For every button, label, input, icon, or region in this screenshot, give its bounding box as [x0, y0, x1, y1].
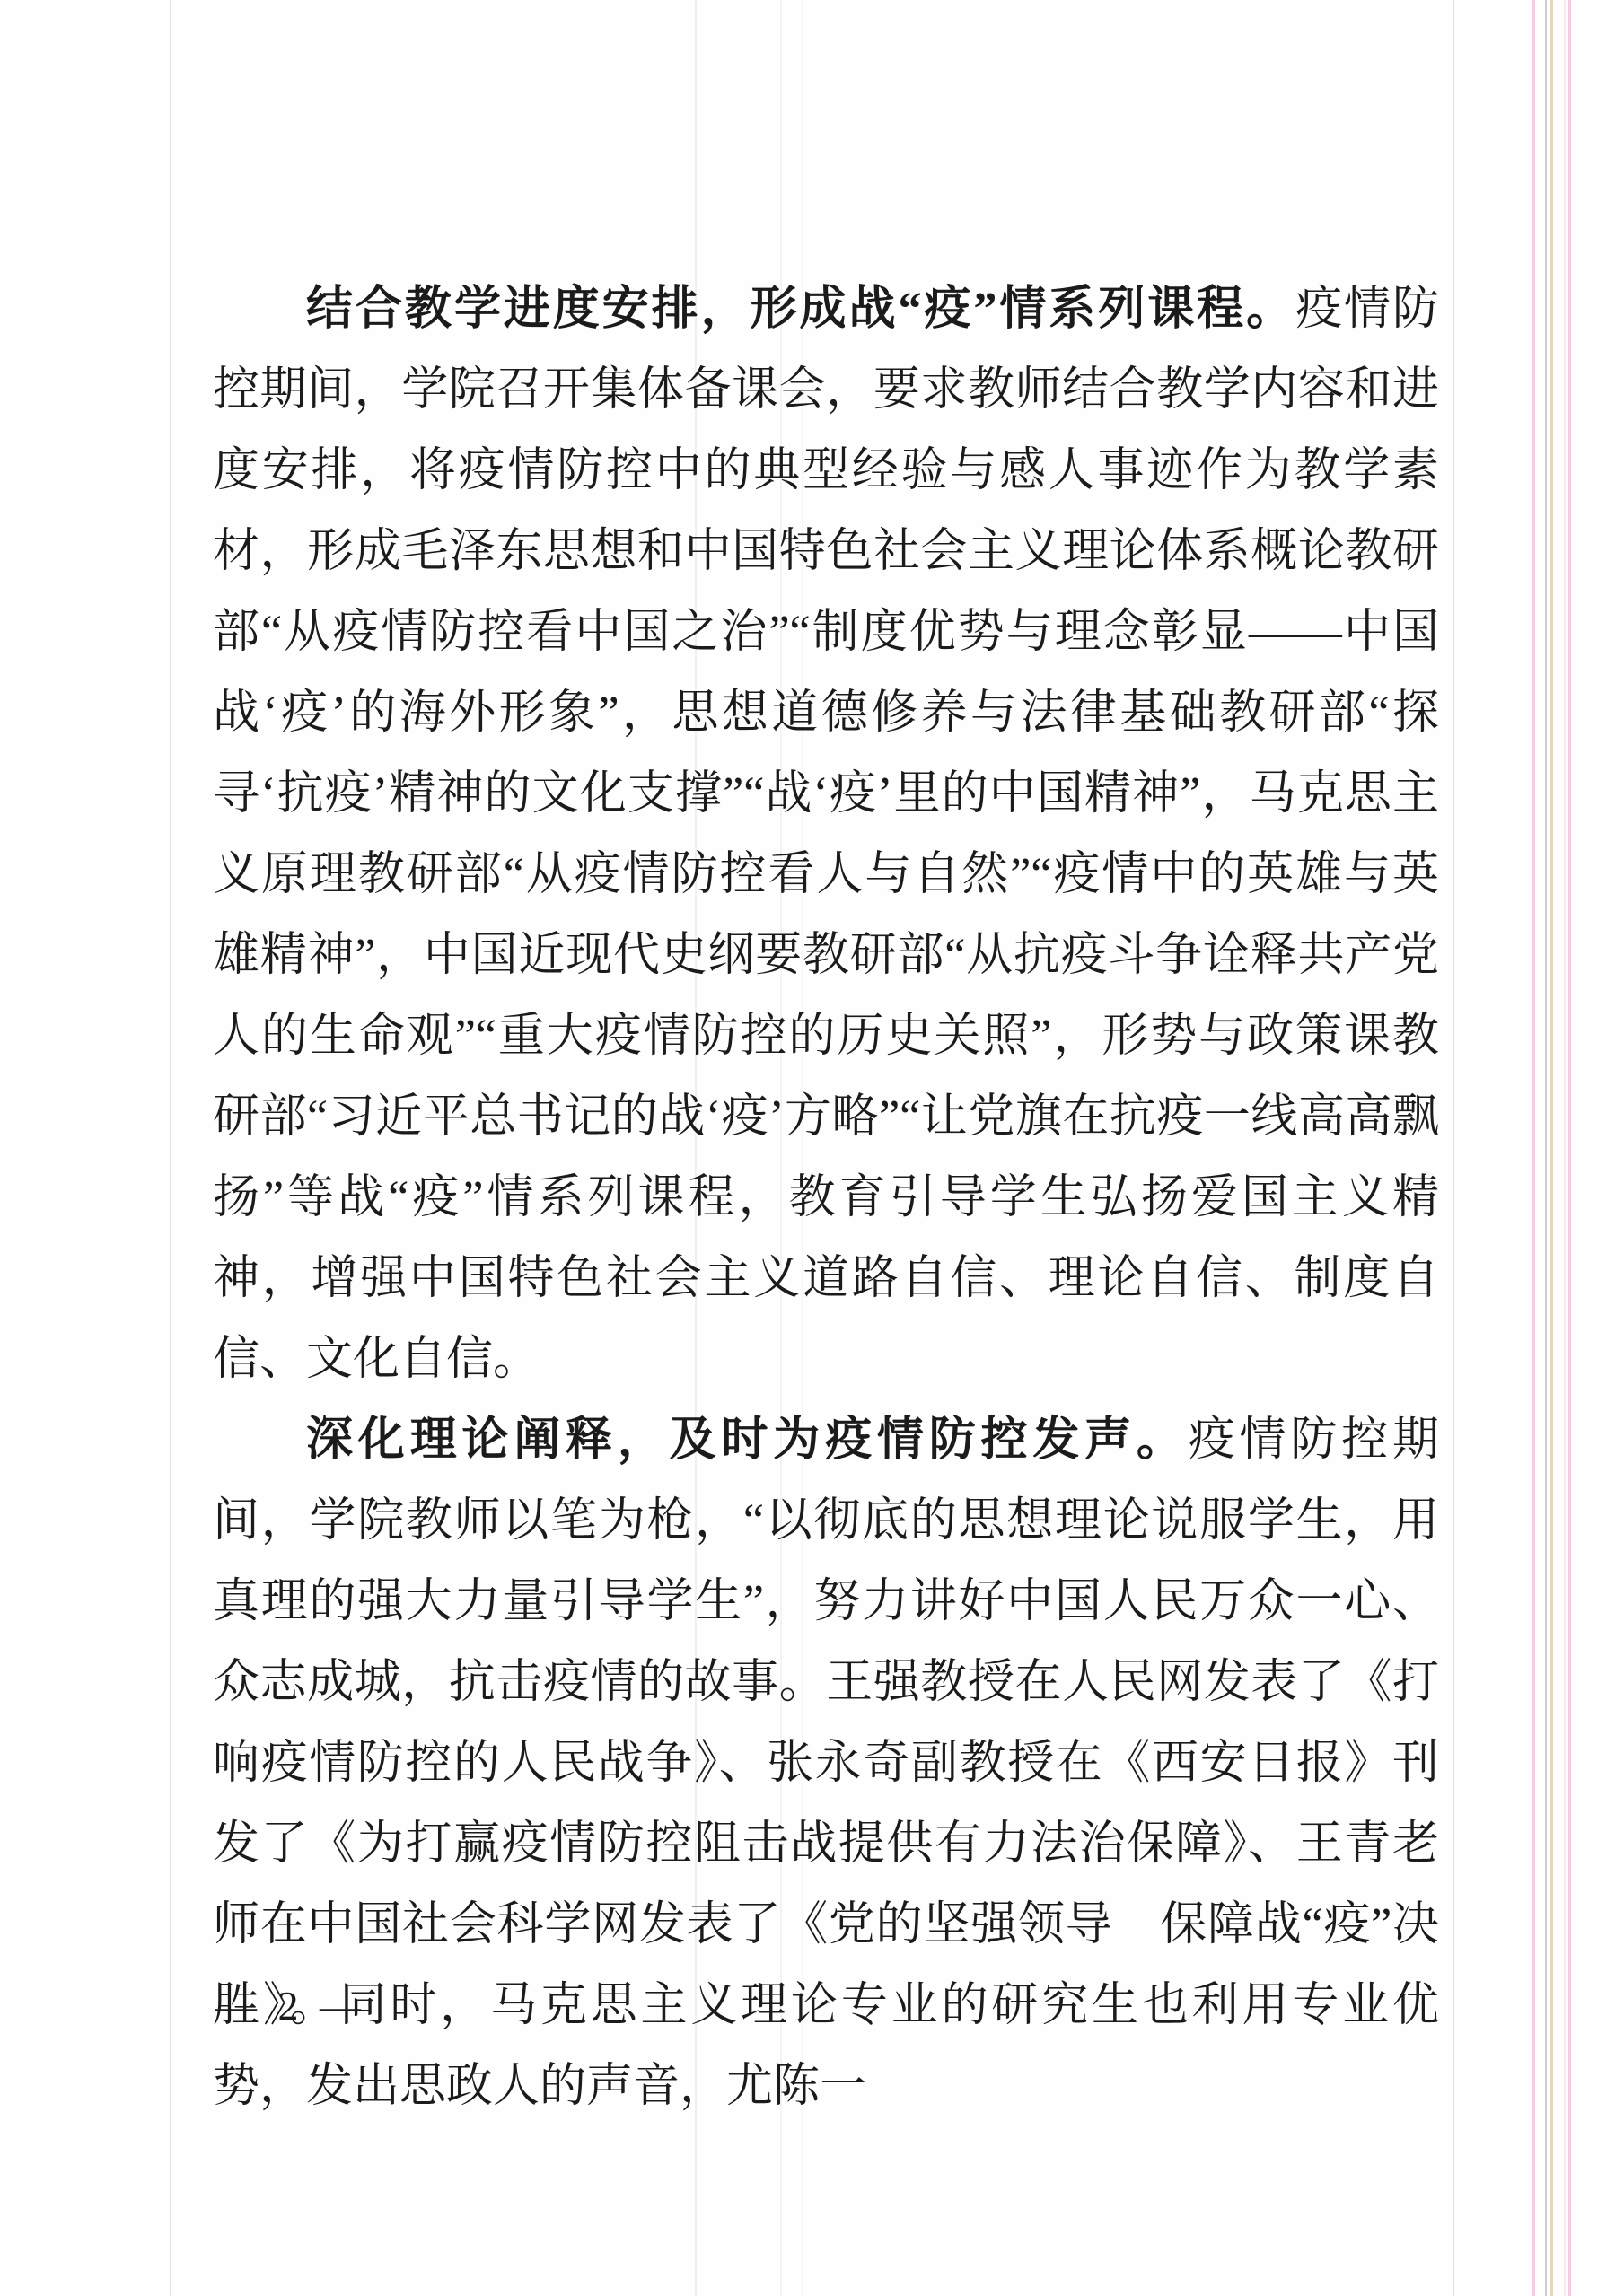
scan-artifact-line	[1453, 0, 1454, 2296]
scan-artifact-line	[1568, 0, 1571, 2296]
scan-artifact-line	[1532, 0, 1535, 2296]
paragraph-1: 结合教学进度安排，形成战“疫”情系列课程。疫情防控期间，学院召开集体备课会，要求…	[213, 269, 1439, 1400]
paragraph-2-bold-heading: 深化理论阐释，及时为疫情防控发声。	[306, 1415, 1189, 1466]
paragraph-2-text: 疫情防控期间，学院教师以笔为枪，“以彻底的思想理论说服学生，用真理的强大力量引导…	[213, 1415, 1439, 2112]
paragraph-1-bold-heading: 结合教学进度安排，形成战“疫”情系列课程。	[306, 284, 1295, 335]
scan-artifact-line	[1564, 0, 1566, 2296]
scan-artifact-line	[1550, 0, 1553, 2296]
scan-artifact-line	[1545, 0, 1547, 2296]
document-body: 结合教学进度安排，形成战“疫”情系列课程。疫情防控期间，学院召开集体备课会，要求…	[213, 269, 1439, 2127]
paragraph-2: 深化理论阐释，及时为疫情防控发声。疫情防控期间，学院教师以笔为枪，“以彻底的思想…	[213, 1400, 1439, 2127]
page-number: — 2 —	[215, 1979, 366, 2033]
paragraph-1-text: 疫情防控期间，学院召开集体备课会，要求教师结合教学内容和进度安排，将疫情防控中的…	[213, 284, 1439, 1385]
scan-artifact-line	[170, 0, 171, 2296]
